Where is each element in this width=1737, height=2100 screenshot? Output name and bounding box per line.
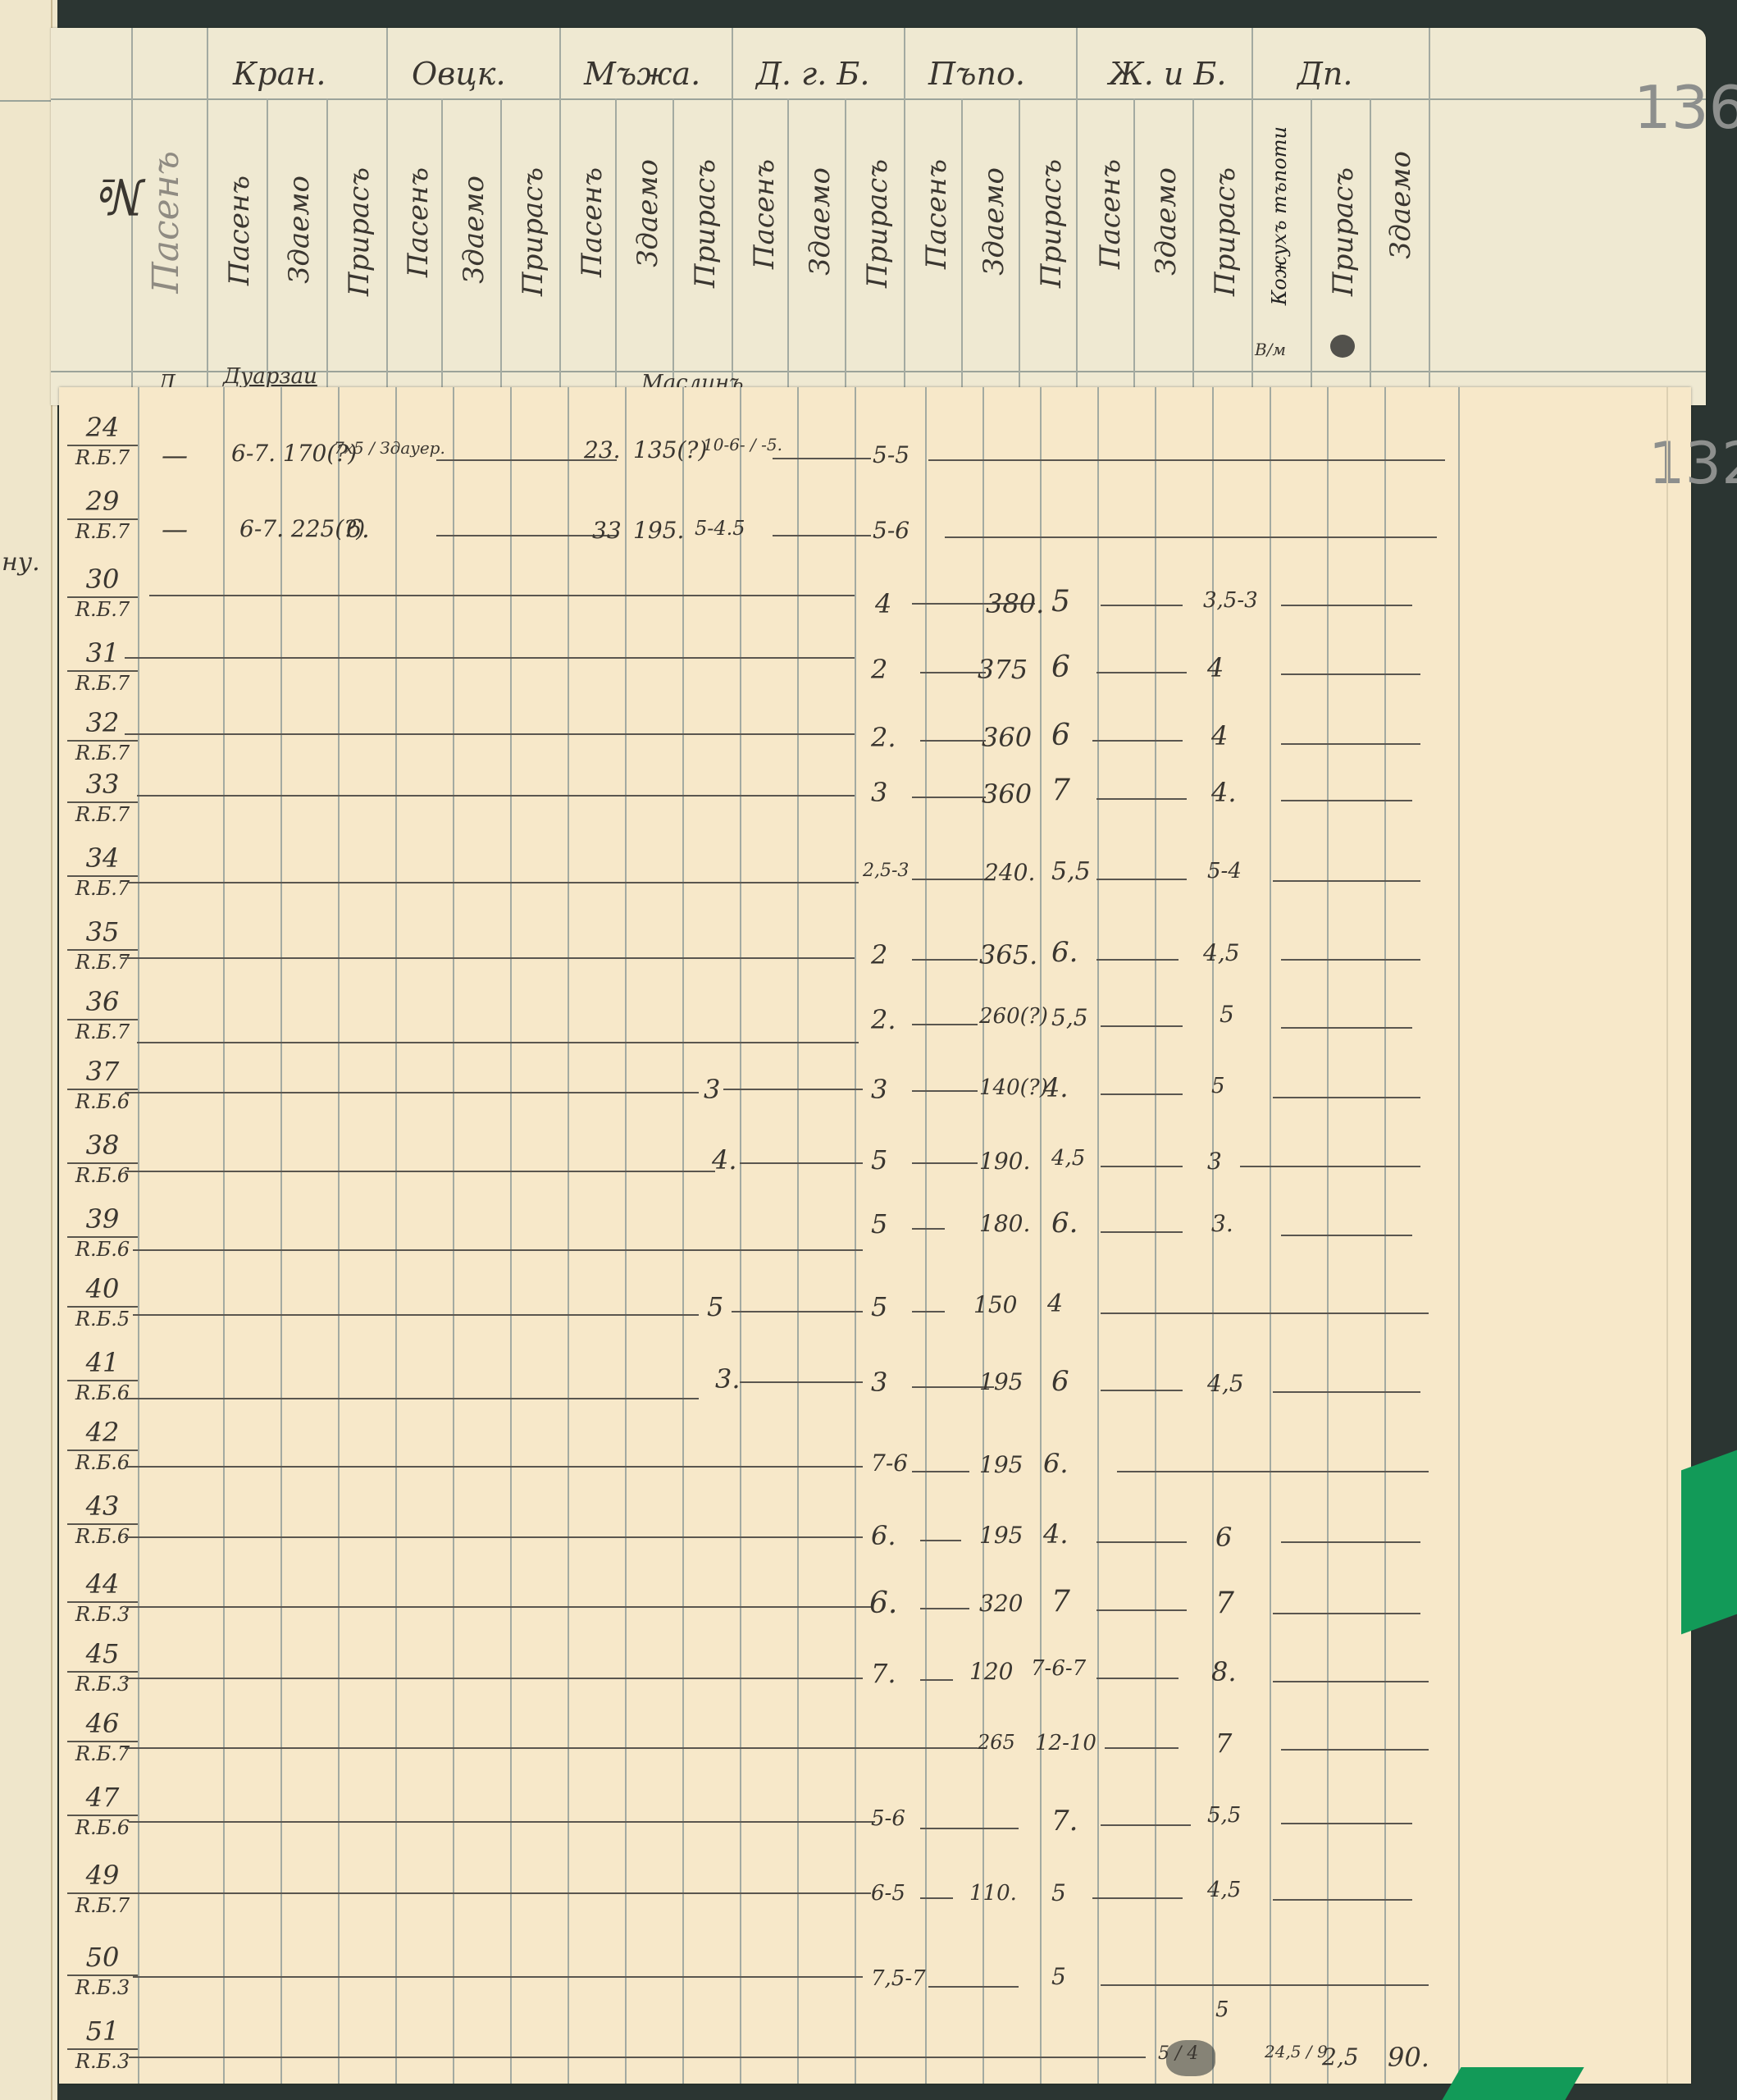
cell: 195. <box>633 517 684 544</box>
subheader: Пасенъ <box>223 176 256 285</box>
cell: 195 <box>979 1451 1023 1478</box>
cell: 3. <box>715 1363 741 1395</box>
ledger-row: 36R.Б.7 2. 260(?) 5,5 5 <box>59 986 1691 1060</box>
cell: 5 <box>1051 1963 1066 1990</box>
row-number: 34R.Б.7 <box>67 842 138 900</box>
cell: 320 <box>979 1590 1023 1617</box>
page-number-top: 136 <box>1634 73 1737 142</box>
ledger-row: 45R.Б.3 7. 120 7-6-7 8. <box>59 1638 1691 1712</box>
cell: 4 <box>1207 652 1224 683</box>
ledger-row: 46R.Б.7 265 12-10 7 <box>59 1708 1691 1782</box>
cell: 4,5 <box>1207 1878 1241 1902</box>
row-number: 37R.Б.6 <box>67 1056 138 1113</box>
cell: 6. <box>1051 936 1078 969</box>
cell: 5-5 <box>873 441 910 468</box>
row-number: 31R.Б.7 <box>67 637 138 695</box>
cell: 365. <box>979 939 1037 970</box>
subheader: Прирасъ <box>689 159 722 288</box>
cell: 360 <box>982 778 1032 810</box>
cell: 33 <box>592 517 622 544</box>
group-header-2: Овцк. <box>412 56 506 92</box>
cell: 7 <box>1051 774 1070 807</box>
group-header-5: Пъпо. <box>928 56 1025 92</box>
header-sheet: № Пасенъ Кран. Овцк. Мъжа. Д. г. Б. Пъпо… <box>51 28 1706 405</box>
cell: 180. <box>979 1210 1030 1237</box>
group-header-1: Кран. <box>233 56 326 92</box>
cell: 7 <box>1051 1585 1070 1618</box>
row-number: 45R.Б.3 <box>67 1638 138 1696</box>
row-number: 50R.Б.3 <box>67 1942 138 1999</box>
subheader: Пасенъ <box>1094 159 1127 269</box>
cell: 265 <box>978 1731 1015 1754</box>
cell: 5,5 <box>1051 1004 1088 1031</box>
subheader: Здаемо <box>631 159 664 267</box>
cell: 4. <box>1043 1518 1069 1550</box>
cell: 3,5-3 <box>1203 588 1258 613</box>
cell: 7-6-7 <box>1031 1656 1086 1681</box>
cell: — <box>162 440 188 471</box>
ledger-row: 49R.Б.7 6-5 110. 5 4,5 <box>59 1860 1691 1933</box>
cell: 4. <box>1211 777 1237 808</box>
cell: 4 <box>1211 720 1228 751</box>
cell: 7. <box>871 1658 896 1689</box>
header-no: № <box>92 167 149 225</box>
ledger-row: 34R.Б.7 2,5-3 240. 5,5 5-4 <box>59 842 1691 916</box>
ledger-row: 24R.Б.7 — 6-7. 170(?) 7x5 / Здауер. 23. … <box>59 412 1691 486</box>
cell: 6 <box>1215 1522 1232 1553</box>
row-number: 49R.Б.7 <box>67 1860 138 1917</box>
subheader: Пасенъ <box>920 159 953 269</box>
subheader: Здаемо <box>1150 167 1183 276</box>
header-first-col: Пасенъ <box>145 151 187 294</box>
cell: 7 <box>1215 1728 1232 1759</box>
row-number: 43R.Б.6 <box>67 1491 138 1548</box>
below-header-note: Дуарзаи <box>223 364 317 389</box>
row-number: 40R.Б.5 <box>67 1273 138 1331</box>
subheader: Здаемо <box>1384 151 1417 259</box>
cell: 5-4 <box>1207 859 1242 883</box>
row-number: 32R.Б.7 <box>67 707 138 765</box>
cell: 6. <box>869 1586 897 1620</box>
ledger-row: 38R.Б.6 4. 5 190. 4,5 3 <box>59 1130 1691 1203</box>
cell: 4 <box>875 588 891 619</box>
cell: 380. <box>986 588 1044 619</box>
cell: 5-6 <box>873 517 910 544</box>
subheader-note: Кожухъ тъпоти <box>1268 126 1291 305</box>
subheader: Прирасъ <box>343 167 376 296</box>
group-header-3: Мъжа. <box>584 56 700 92</box>
cell: 24,5 / 9 <box>1265 2042 1328 2061</box>
cell: 5 <box>1215 1997 1229 2022</box>
green-tab-decoration <box>1442 2067 1584 2100</box>
row-number: 39R.Б.6 <box>67 1203 138 1261</box>
ledger-row: 37R.Б.6 3 3 140(?) 4. 5 <box>59 1056 1691 1130</box>
cell: 120 <box>969 1658 1013 1685</box>
cell: 5 <box>871 1291 887 1322</box>
header-rule <box>51 98 1706 100</box>
cell: 4. <box>712 1144 737 1176</box>
data-sheet: 132 24R.Б.7 — 6-7. 170(?) 7x5 / Здауер. … <box>59 387 1691 2084</box>
row-number: 30R.Б.7 <box>67 564 138 621</box>
cell: 4,5 <box>1203 939 1240 966</box>
cell: 150 <box>973 1291 1017 1318</box>
cell: 7 <box>1215 1586 1234 1620</box>
cell: 3 <box>704 1074 720 1105</box>
cell: 6. <box>1043 1448 1069 1479</box>
ledger-row: 40R.Б.5 5 5 150 4 <box>59 1273 1691 1347</box>
cell: 240. <box>984 859 1035 886</box>
cell: 5-4.5 <box>695 517 745 540</box>
cell: 6. <box>1051 1207 1078 1239</box>
cell: 195 <box>979 1368 1023 1395</box>
cell: 4,5 <box>1207 1370 1244 1397</box>
subheader: Прирасъ <box>1035 159 1068 288</box>
cell: 2,5 <box>1322 2043 1359 2070</box>
subheader: Здаемо <box>804 167 837 276</box>
group-header-6: Ж. и Б. <box>1109 56 1226 92</box>
cell: 5 <box>707 1291 723 1322</box>
row-number: 44R.Б.3 <box>67 1568 138 1626</box>
ledger-row: 31R.Б.7 2 375 6 4 <box>59 637 1691 711</box>
subheader: Здаемо <box>283 176 316 284</box>
cell: 360 <box>982 722 1032 753</box>
cell: 3 <box>1207 1148 1222 1175</box>
rule-line <box>0 100 56 102</box>
cell: — <box>162 514 188 545</box>
cell: 10-6- / -5. <box>703 435 782 454</box>
cell: 3 <box>871 1367 887 1398</box>
row-number: 41R.Б.6 <box>67 1347 138 1404</box>
cell: 5,5 <box>1207 1803 1241 1828</box>
cell: 7. <box>1051 1805 1078 1837</box>
left-page-edge: ну. <box>0 0 57 2100</box>
cell: 140(?) <box>979 1075 1048 1100</box>
cell: 12-10 <box>1035 1731 1096 1755</box>
ledger-row: 51R.Б.3 5 5 / 4 24,5 / 9 2,5 90. <box>59 2016 1691 2089</box>
subheader: Прирасъ <box>1209 167 1242 296</box>
cell: 3 <box>871 1074 887 1105</box>
cell: 7,5-7 <box>871 1966 926 1991</box>
row-number: 47R.Б.6 <box>67 1782 138 1839</box>
left-margin-note: ну. <box>2 548 40 577</box>
ledger-row: 41R.Б.6 3. 3 195 6 4,5 <box>59 1347 1691 1421</box>
cell: 6. <box>346 515 370 544</box>
subheader: Прирасъ <box>1327 167 1360 296</box>
ledger-row: 33R.Б.7 3 360 7 4. <box>59 769 1691 842</box>
group-header-7: Дп. <box>1297 56 1352 92</box>
subheader: Пасенъ <box>748 159 781 269</box>
cell: 5 <box>871 1208 887 1239</box>
cell: 2,5-3 <box>863 861 909 881</box>
cell: 5 / 4 <box>1158 2043 1198 2064</box>
subheader: Пасенъ <box>402 167 435 277</box>
row-number: 29R.Б.7 <box>67 486 138 543</box>
cell: 4,5 <box>1051 1146 1085 1171</box>
cell: 6 <box>1051 651 1070 684</box>
ledger-row: 42R.Б.6 7-6 195 6. <box>59 1417 1691 1491</box>
ledger-row: 50R.Б.3 7,5-7 5 <box>59 1942 1691 2016</box>
cell: 4. <box>1043 1072 1069 1103</box>
bm-note: В/м <box>1255 340 1286 359</box>
ledger-row: 35R.Б.7 2 365. 6. 4,5 <box>59 916 1691 990</box>
ledger-row: 44R.Б.3 6. 320 7 7 <box>59 1568 1691 1642</box>
row-number: 46R.Б.7 <box>67 1708 138 1765</box>
cell: 195 <box>979 1522 1023 1549</box>
cell: 2. <box>871 1004 896 1035</box>
cell: 6 <box>1051 719 1070 752</box>
cell: 135(?) <box>633 436 707 463</box>
green-tab-decoration <box>1681 1450 1737 1635</box>
row-number: 24R.Б.7 <box>67 412 138 469</box>
cell: 5 <box>871 1144 887 1176</box>
cell: 5,5 <box>1051 857 1091 886</box>
cell: 5-6 <box>871 1806 905 1831</box>
row-number: 51R.Б.3 <box>67 2016 138 2073</box>
cell: 23. <box>584 436 621 463</box>
ledger-row: 43R.Б.6 6. 195 4. 6 <box>59 1491 1691 1564</box>
cell: 4 <box>1047 1290 1063 1318</box>
ledger-row: 39R.Б.6 5 180. 6. 3. <box>59 1203 1691 1277</box>
ledger-row: 29R.Б.7 — 6-7. 225(?) 6. 33 195. 5-4.5 5… <box>59 486 1691 559</box>
cell: 375 <box>978 654 1028 685</box>
row-number: 38R.Б.6 <box>67 1130 138 1187</box>
ink-blot <box>1330 335 1355 358</box>
subheader: Здаемо <box>978 167 1010 276</box>
cell: 5 <box>1051 1879 1066 1906</box>
row-number: 35R.Б.7 <box>67 916 138 974</box>
subheader: Здаемо <box>458 176 490 284</box>
ledger-row: 30R.Б.7 4 380. 5 3,5-3 <box>59 564 1691 637</box>
cell: 5 <box>1051 585 1070 619</box>
subheader: Прирасъ <box>517 167 549 296</box>
cell: 7x5 / Здауер. <box>334 438 445 458</box>
cell: 6. <box>871 1520 896 1551</box>
cell: 5 <box>1220 1001 1234 1028</box>
row-number: 36R.Б.7 <box>67 986 138 1043</box>
subheader: Прирасъ <box>861 159 894 288</box>
group-header-4: Д. г. Б. <box>756 56 869 92</box>
cell: 90. <box>1388 2042 1429 2073</box>
subheader: Пасенъ <box>576 167 609 277</box>
cell: 190. <box>979 1148 1030 1175</box>
cell: 6-5 <box>871 1881 905 1906</box>
cell: 6 <box>1051 1365 1069 1398</box>
cell: 2. <box>871 722 896 753</box>
cell: 2 <box>871 939 887 970</box>
cell: 3. <box>1211 1210 1233 1237</box>
row-number: 33R.Б.7 <box>67 769 138 826</box>
ledger-row: 47R.Б.6 5-6 7. 5,5 <box>59 1782 1691 1856</box>
cell: 110. <box>969 1881 1017 1906</box>
cell: 2 <box>871 654 887 685</box>
cell: 260(?) <box>979 1004 1048 1029</box>
cell: 7-6 <box>871 1449 908 1477</box>
cell: 5 <box>1211 1074 1225 1098</box>
cell: 8. <box>1211 1656 1237 1687</box>
cell: 3 <box>871 777 887 808</box>
